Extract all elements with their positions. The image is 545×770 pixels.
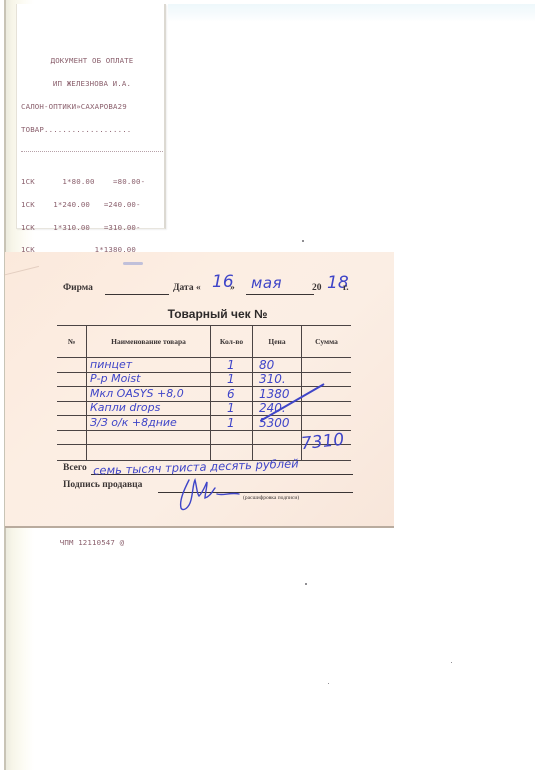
scan-artifact-strip <box>168 4 535 22</box>
receipt-header-line: САЛОН-ОПТИКИ»САХАРОВА29 <box>21 103 163 111</box>
cell-price: 80 <box>253 358 302 372</box>
goods-label: ТОВАР <box>21 125 44 134</box>
item-dept: 1СК <box>21 177 35 186</box>
table-row: Р-р Moist 1 310. <box>57 373 351 388</box>
item-name: Мкл OASYS +8,0 <box>90 387 184 401</box>
cell-name <box>87 445 211 460</box>
cell-quantity: 6 <box>211 387 253 401</box>
item-name: Капли drops <box>90 401 160 415</box>
item-quantity: 1 <box>227 401 235 415</box>
item-price: 80 <box>259 358 274 372</box>
table-header: № Наименование товара Кол-во Цена Сумма <box>57 325 351 358</box>
cell-sum <box>302 358 351 372</box>
cell-number <box>57 373 87 387</box>
cell-number <box>57 445 87 460</box>
cell-name: Р-р Moist <box>87 373 211 387</box>
cell-quantity: 1 <box>211 416 253 430</box>
date-quote-close: » <box>230 283 235 293</box>
cell-quantity: 1 <box>211 402 253 416</box>
cell-name: З/З о/к +8дние <box>87 416 211 430</box>
column-header-name: Наименование товара <box>87 325 211 358</box>
date-label: Дата « <box>173 283 201 293</box>
item-total: =240.00- <box>104 200 141 209</box>
item-quantity: 1 <box>227 416 235 430</box>
year-label: г. <box>343 283 349 293</box>
item-price: 1380 <box>259 387 290 401</box>
item-name: З/З о/к +8дние <box>90 416 177 430</box>
cell-price <box>253 431 302 445</box>
total-label: Всего <box>63 463 87 473</box>
item-total: =80.00- <box>113 177 145 186</box>
cell-name <box>87 431 211 445</box>
seller-signature-label: Подпись продавца <box>63 480 142 490</box>
receipt-item-row: 1СК 1*310.00 =310.00- <box>21 224 163 232</box>
signature-caption: (расшифровка подписи) <box>243 495 299 501</box>
cash-register-receipt: ДОКУМЕНТ ОБ ОПЛАТЕ ИП ЖЕЛЕЗНОВА И.А. САЛ… <box>16 4 166 229</box>
dust-speck <box>305 583 307 585</box>
fiscal-id-row: ЧПМ 12110547 @ <box>21 539 163 547</box>
item-qty-price: 1*80.00 <box>62 177 94 186</box>
item-dept: 1СК <box>21 223 35 232</box>
dust-speck <box>302 240 304 242</box>
handwritten-signature <box>175 474 245 514</box>
item-total: =310.00- <box>104 223 141 232</box>
date-month: мая <box>251 274 282 292</box>
cell-price: 5300 <box>253 416 302 430</box>
item-qty-price: 1*240.00 <box>53 200 90 209</box>
receipt-header-line: ИП ЖЕЛЕЗНОВА И.А. <box>21 80 163 88</box>
column-header-sum: Сумма <box>302 325 351 358</box>
cell-number <box>57 431 87 445</box>
date-month-line <box>246 294 314 295</box>
receipt-header-line: ДОКУМЕНТ ОБ ОПЛАТЕ <box>21 57 163 65</box>
cell-price: 310. <box>253 373 302 387</box>
item-price: 310. <box>259 372 286 386</box>
cell-quantity <box>211 431 253 445</box>
receipt-item-row: 1СК 1*240.00 =240.00- <box>21 201 163 209</box>
column-header-price: Цена <box>253 325 302 358</box>
firm-field-line <box>105 294 169 295</box>
sales-receipt: Фирма Дата « 16 » мая 20 18 г. Товарный … <box>5 252 394 528</box>
year-prefix: 20 <box>312 283 322 293</box>
item-qty-price: 1*310.00 <box>53 223 90 232</box>
cell-sum <box>302 416 351 430</box>
folded-corner <box>4 266 42 288</box>
item-name: пинцет <box>90 358 132 372</box>
table-row: Капли drops 1 240. <box>57 402 351 417</box>
column-header-quantity: Кол-во <box>211 325 253 358</box>
dust-speck <box>451 662 452 663</box>
table-row: пинцет 1 80 <box>57 358 351 373</box>
cell-name: Капли drops <box>87 402 211 416</box>
item-quantity: 6 <box>227 387 235 401</box>
cell-number <box>57 416 87 430</box>
cell-sum <box>302 373 351 387</box>
cell-quantity: 1 <box>211 358 253 372</box>
cell-sum <box>302 387 351 401</box>
ink-smudge <box>123 262 143 265</box>
dotted-divider <box>21 148 163 152</box>
item-name: Р-р Moist <box>90 372 140 386</box>
dust-speck <box>328 683 329 684</box>
goods-label-line: ТОВАР................... <box>21 126 163 134</box>
column-header-number: № <box>57 325 87 358</box>
cell-quantity: 1 <box>211 373 253 387</box>
cell-number <box>57 358 87 372</box>
item-quantity: 1 <box>227 358 235 372</box>
receipt-title: Товарный чек № <box>5 307 394 321</box>
item-dept: 1СК <box>21 200 35 209</box>
cell-number <box>57 402 87 416</box>
cell-name: пинцет <box>87 358 211 372</box>
cell-sum <box>302 402 351 416</box>
firm-label: Фирма <box>63 283 93 293</box>
cell-name: Мкл OASYS +8,0 <box>87 387 211 401</box>
cell-number <box>57 387 87 401</box>
item-quantity: 1 <box>227 372 235 386</box>
receipt-item-row: 1СК 1*80.00 =80.00- <box>21 178 163 186</box>
table-row: З/З о/к +8дние 1 5300 <box>57 416 351 431</box>
